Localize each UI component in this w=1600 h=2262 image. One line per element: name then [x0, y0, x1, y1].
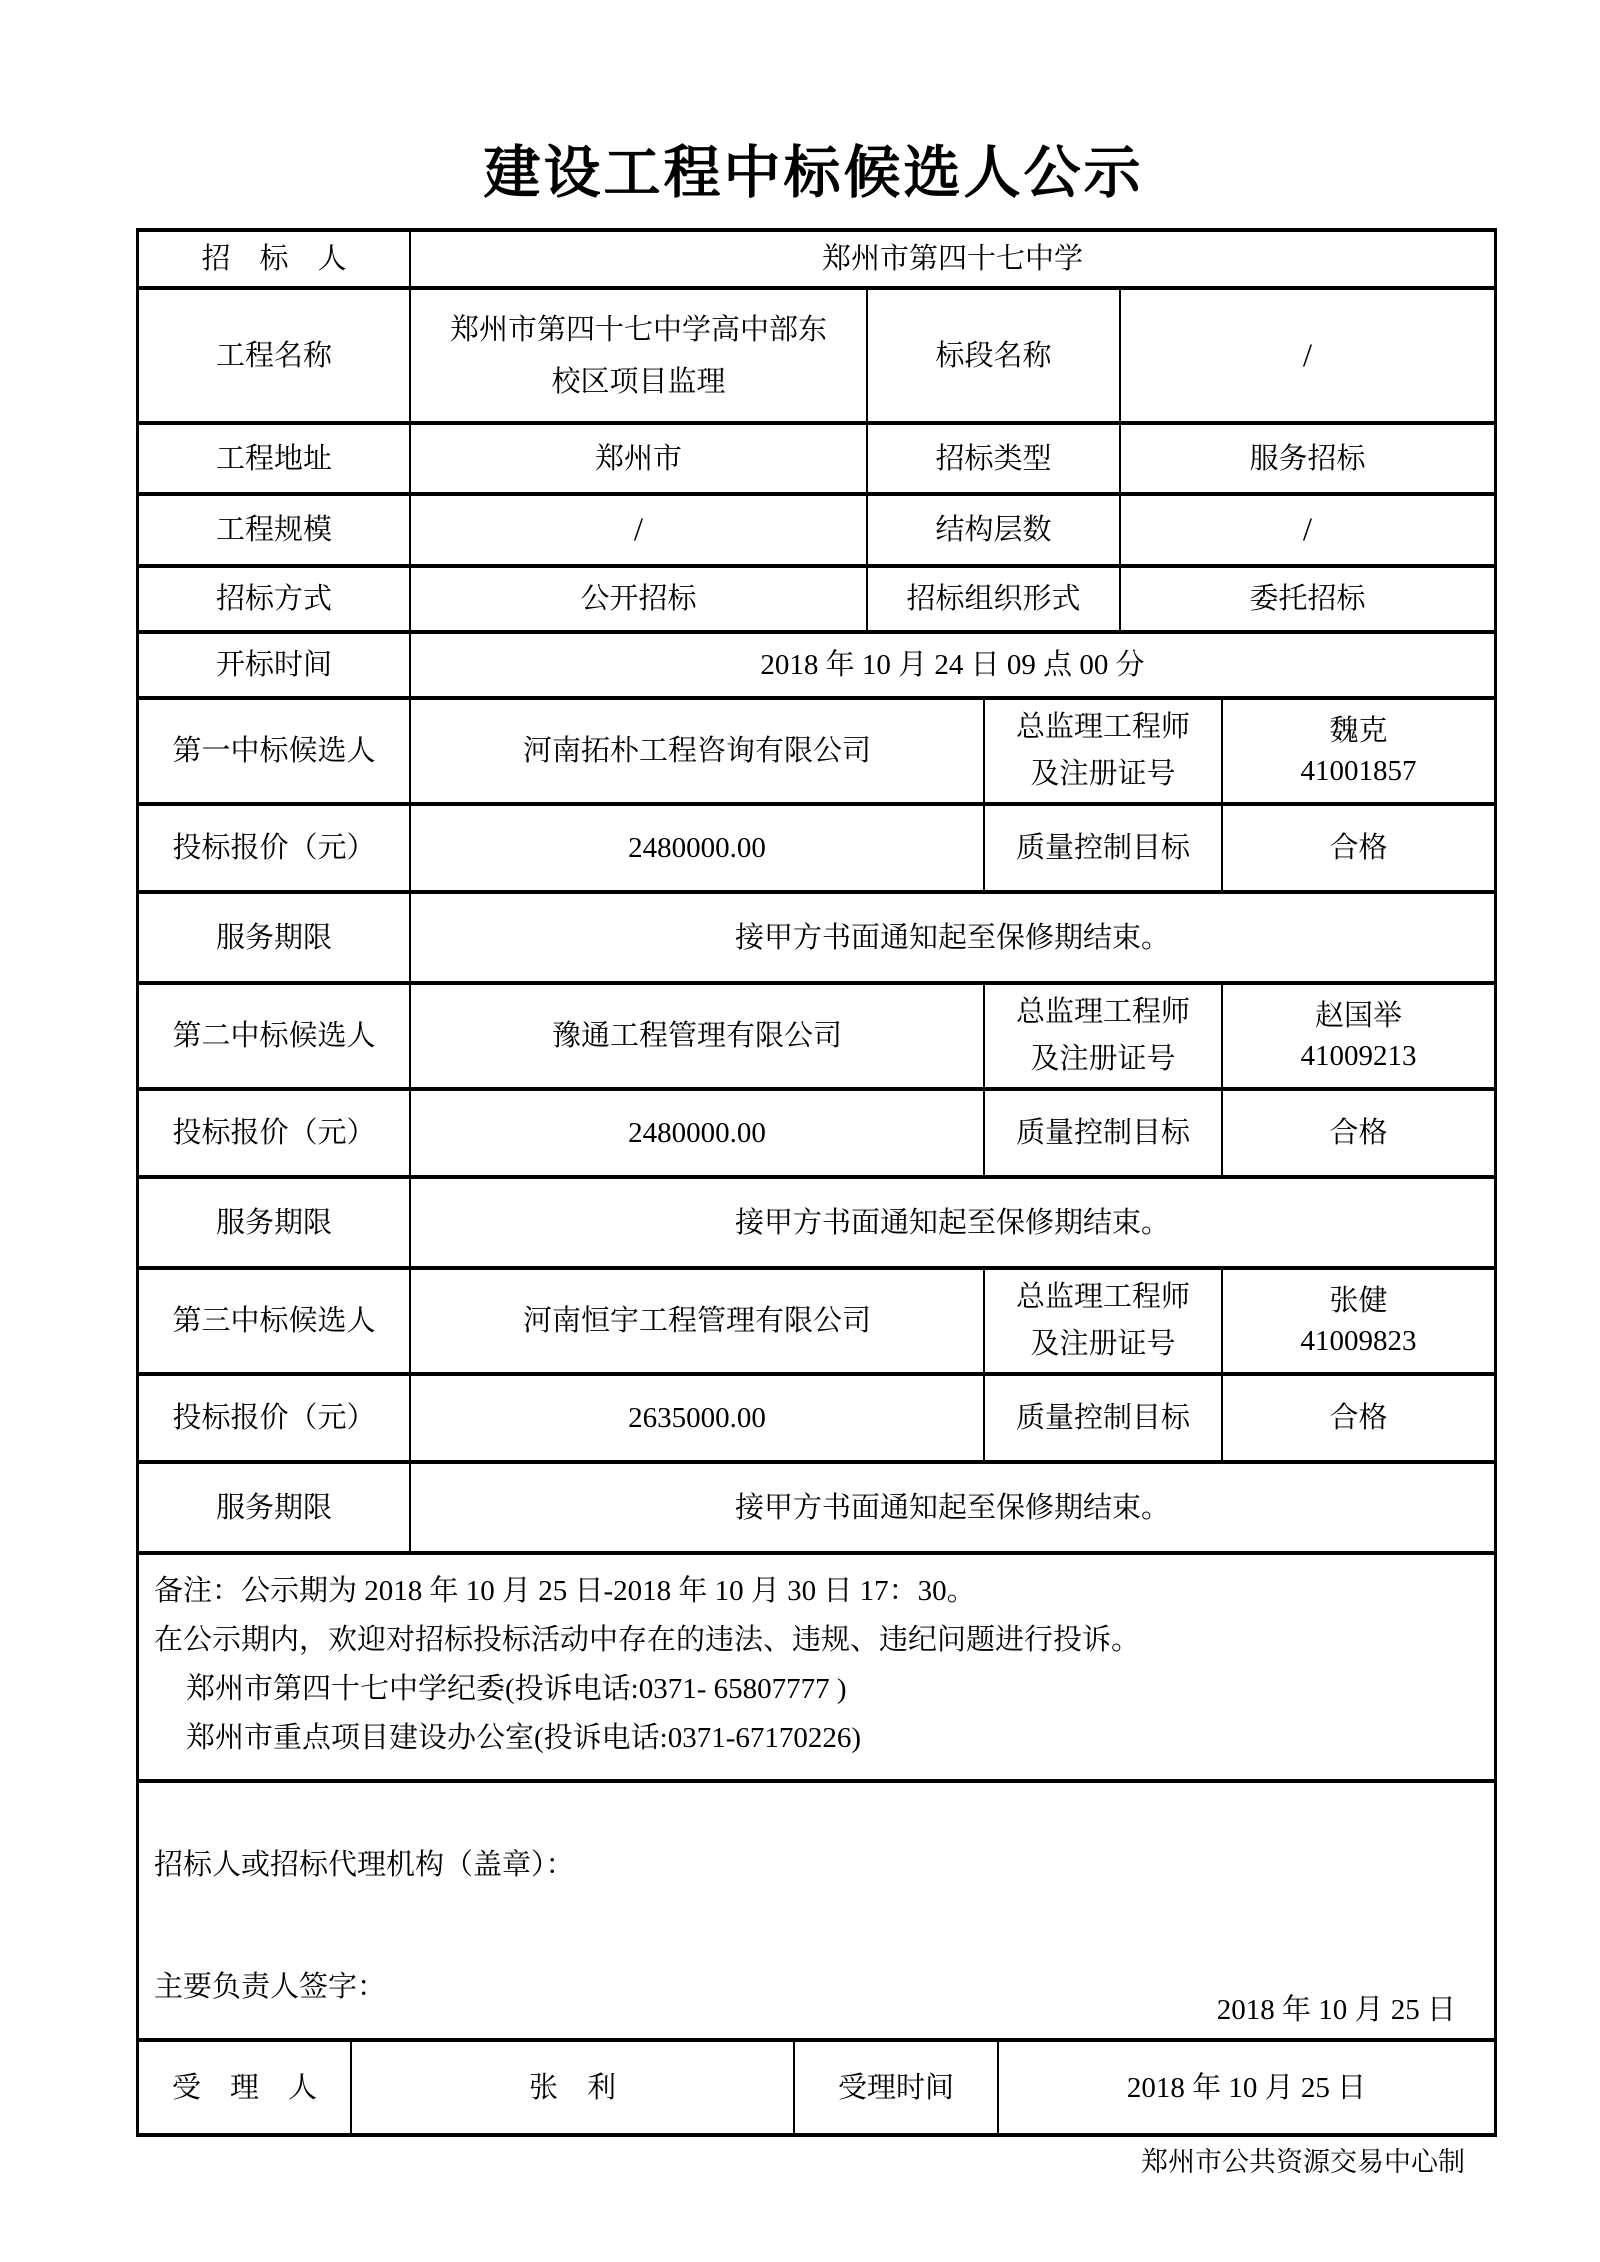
quality-target-label: 质量控制目标	[983, 806, 1221, 890]
project-name-text: 郑州市第四十七中学高中部东校区项目监理	[439, 304, 839, 408]
quality-target-label: 质量控制目标	[983, 1376, 1221, 1460]
section-name-label: 标段名称	[866, 290, 1119, 421]
candidate-2-engineer-label: 总监理工程师及注册证号	[983, 985, 1221, 1087]
quality-target-value: 合格	[1221, 1376, 1494, 1460]
structure-floors-value: /	[1119, 496, 1494, 564]
service-period-value: 接甲方书面通知起至保修期结束。	[409, 1464, 1494, 1551]
bid-price-value: 2635000.00	[409, 1376, 983, 1460]
acceptance-time-label: 受理时间	[793, 2042, 997, 2133]
project-address-label: 工程地址	[139, 425, 409, 492]
table-row-candidate-2: 第二中标候选人 豫通工程管理有限公司 总监理工程师及注册证号 赵国举 41009…	[139, 981, 1494, 1087]
bidder-value: 郑州市第四十七中学	[409, 232, 1494, 286]
structure-floors-label: 结构层数	[866, 496, 1119, 564]
agency-seal-line: 招标人或招标代理机构（盖章）：	[154, 1847, 1458, 1883]
table-row-opening-time: 开标时间 2018 年 10 月 24 日 09 点 00 分	[139, 630, 1494, 696]
document-page: 建设工程中标候选人公示 招 标 人 郑州市第四十七中学 工程名称 郑州市第四十七…	[0, 0, 1600, 2262]
acceptor-label: 受 理 人	[139, 2042, 350, 2133]
table-row-scale: 工程规模 / 结构层数 /	[139, 492, 1494, 564]
table-row-service-2: 服务期限 接甲方书面通知起至保修期结束。	[139, 1175, 1494, 1266]
table-row-candidate-1: 第一中标候选人 河南拓朴工程咨询有限公司 总监理工程师及注册证号 魏克 4100…	[139, 696, 1494, 802]
project-scale-label: 工程规模	[139, 496, 409, 564]
acceptor-name: 张 利	[350, 2042, 793, 2133]
remark-publicity-period: 备注：公示期为 2018 年 10 月 25 日-2018 年 10 月 30 …	[154, 1567, 1474, 1616]
signature-block: 招标人或招标代理机构（盖章）： 主要负责人签字： 2018 年 10 月 25 …	[139, 1779, 1494, 2038]
candidate-2-company: 豫通工程管理有限公司	[409, 985, 983, 1087]
remark-project-office-phone: 郑州市重点项目建设办公室(投诉电话:0371-67170226)	[154, 1714, 1474, 1763]
engineer-cert-number: 41009823	[1301, 1321, 1417, 1361]
bid-method-label: 招标方式	[139, 568, 409, 630]
table-row-project: 工程名称 郑州市第四十七中学高中部东校区项目监理 标段名称 /	[139, 286, 1494, 421]
engineer-cert-number: 41009213	[1301, 1036, 1417, 1076]
opening-time-label: 开标时间	[139, 634, 409, 696]
candidate-3-engineer-value: 张健 41009823	[1221, 1270, 1494, 1372]
engineer-label-text: 总监理工程师及注册证号	[1008, 989, 1198, 1083]
bid-price-label: 投标报价（元）	[139, 806, 409, 890]
bid-price-label: 投标报价（元）	[139, 1091, 409, 1175]
candidate-1-company: 河南拓朴工程咨询有限公司	[409, 700, 983, 802]
service-period-value: 接甲方书面通知起至保修期结束。	[409, 1179, 1494, 1266]
quality-target-label: 质量控制目标	[983, 1091, 1221, 1175]
remark-school-committee-phone: 郑州市第四十七中学纪委(投诉电话:0371- 65807777 )	[154, 1665, 1474, 1714]
candidate-1-engineer-value: 魏克 41001857	[1221, 700, 1494, 802]
table-row-service-3: 服务期限 接甲方书面通知起至保修期结束。	[139, 1460, 1494, 1551]
org-form-value: 委托招标	[1119, 568, 1494, 630]
service-period-label: 服务期限	[139, 1179, 409, 1266]
bid-announcement-table: 招 标 人 郑州市第四十七中学 工程名称 郑州市第四十七中学高中部东校区项目监理…	[136, 228, 1497, 2137]
table-row-price-3: 投标报价（元） 2635000.00 质量控制目标 合格	[139, 1372, 1494, 1460]
table-row-bidder: 招 标 人 郑州市第四十七中学	[139, 232, 1494, 286]
service-period-value: 接甲方书面通知起至保修期结束。	[409, 894, 1494, 981]
opening-time-value: 2018 年 10 月 24 日 09 点 00 分	[409, 634, 1494, 696]
bid-method-value: 公开招标	[409, 568, 866, 630]
document-body: 建设工程中标候选人公示 招 标 人 郑州市第四十七中学 工程名称 郑州市第四十七…	[136, 0, 1491, 2179]
project-name-value: 郑州市第四十七中学高中部东校区项目监理	[409, 290, 866, 421]
table-row-method: 招标方式 公开招标 招标组织形式 委托招标	[139, 564, 1494, 630]
section-name-value: /	[1119, 290, 1494, 421]
candidate-1-engineer-label: 总监理工程师及注册证号	[983, 700, 1221, 802]
bidder-label: 招 标 人	[139, 232, 409, 286]
issuing-authority-note: 郑州市公共资源交易中心制	[136, 2145, 1491, 2179]
engineer-label-text: 总监理工程师及注册证号	[1008, 704, 1198, 798]
service-period-label: 服务期限	[139, 1464, 409, 1551]
remark-complaint-notice: 在公示期内，欢迎对招标投标活动中存在的违法、违规、违纪问题进行投诉。	[154, 1616, 1474, 1665]
project-address-value: 郑州市	[409, 425, 866, 492]
candidate-1-rank-label: 第一中标候选人	[139, 700, 409, 802]
engineer-name: 魏克	[1329, 711, 1387, 751]
service-period-label: 服务期限	[139, 894, 409, 981]
candidate-2-rank-label: 第二中标候选人	[139, 985, 409, 1087]
engineer-label-text: 总监理工程师及注册证号	[1008, 1274, 1198, 1368]
engineer-cert-number: 41001857	[1301, 751, 1417, 791]
remarks-block: 备注：公示期为 2018 年 10 月 25 日-2018 年 10 月 30 …	[139, 1551, 1494, 1779]
engineer-name: 赵国举	[1315, 996, 1402, 1036]
candidate-3-company: 河南恒宇工程管理有限公司	[409, 1270, 983, 1372]
quality-target-value: 合格	[1221, 1091, 1494, 1175]
table-row-candidate-3: 第三中标候选人 河南恒宇工程管理有限公司 总监理工程师及注册证号 张健 4100…	[139, 1266, 1494, 1372]
project-scale-value: /	[409, 496, 866, 564]
engineer-name: 张健	[1329, 1281, 1387, 1321]
bid-type-value: 服务招标	[1119, 425, 1494, 492]
page-title: 建设工程中标候选人公示	[136, 140, 1491, 208]
project-name-label: 工程名称	[139, 290, 409, 421]
table-row-acceptance: 受 理 人 张 利 受理时间 2018 年 10 月 25 日	[139, 2038, 1494, 2133]
bid-type-label: 招标类型	[866, 425, 1119, 492]
quality-target-value: 合格	[1221, 806, 1494, 890]
acceptance-time-value: 2018 年 10 月 25 日	[997, 2042, 1494, 2133]
table-row-price-1: 投标报价（元） 2480000.00 质量控制目标 合格	[139, 802, 1494, 890]
bid-price-value: 2480000.00	[409, 1091, 983, 1175]
bid-price-label: 投标报价（元）	[139, 1376, 409, 1460]
candidate-2-engineer-value: 赵国举 41009213	[1221, 985, 1494, 1087]
signature-date: 2018 年 10 月 25 日	[1217, 1992, 1456, 2028]
table-row-service-1: 服务期限 接甲方书面通知起至保修期结束。	[139, 890, 1494, 981]
org-form-label: 招标组织形式	[866, 568, 1119, 630]
bid-price-value: 2480000.00	[409, 806, 983, 890]
table-row-address: 工程地址 郑州市 招标类型 服务招标	[139, 421, 1494, 492]
table-row-price-2: 投标报价（元） 2480000.00 质量控制目标 合格	[139, 1087, 1494, 1175]
candidate-3-engineer-label: 总监理工程师及注册证号	[983, 1270, 1221, 1372]
candidate-3-rank-label: 第三中标候选人	[139, 1270, 409, 1372]
